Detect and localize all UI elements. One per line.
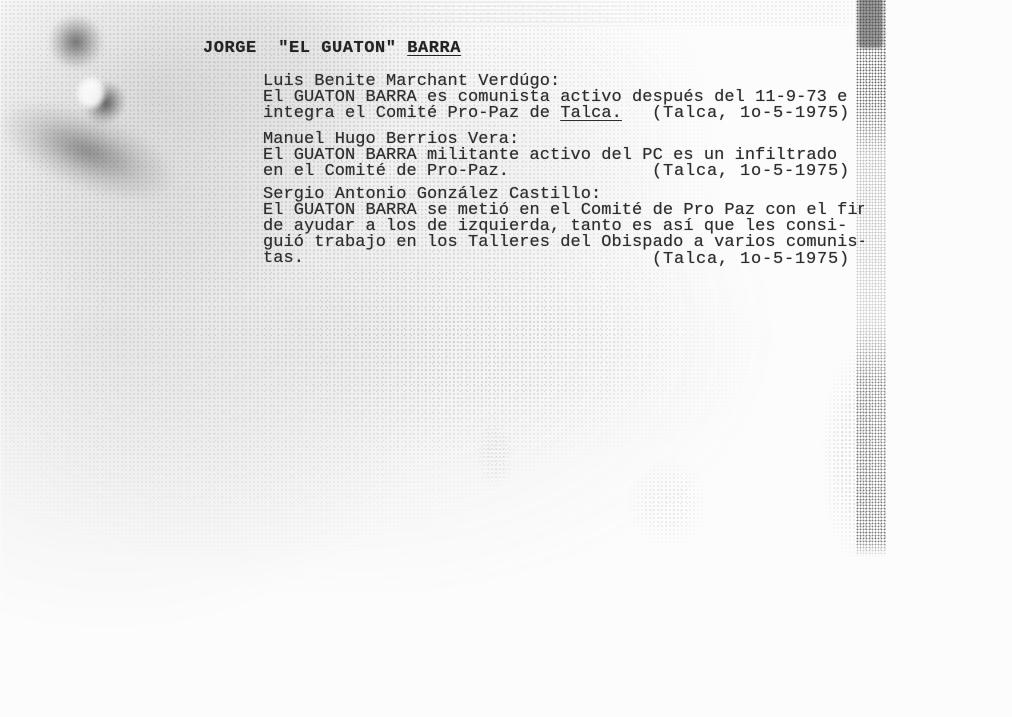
scanner-edge-band-dark-top bbox=[858, 0, 883, 48]
scanner-edge-band-lower bbox=[816, 350, 872, 558]
statement-line: en el Comité de Pro-Paz. bbox=[263, 163, 509, 180]
scanner-edge-band bbox=[856, 0, 886, 558]
ink-smudge-top bbox=[42, 8, 110, 76]
document-title: JORGE "EL GUATON" BARRA bbox=[203, 40, 461, 57]
scanned-document-page: JORGE "EL GUATON" BARRA Luis Benite Marc… bbox=[0, 0, 1012, 717]
citation: (Talca, 1o-5-1975) bbox=[652, 251, 850, 268]
title-underlined-surname: BARRA bbox=[407, 39, 461, 58]
scan-noise-lower-patch bbox=[612, 448, 722, 560]
citation: (Talca, 1o-5-1975) bbox=[652, 163, 850, 180]
ink-smudge-highlight bbox=[78, 78, 104, 108]
citation: (Talca, 1o-5-1975) bbox=[652, 105, 850, 122]
statement-underlined-text: Talca. bbox=[560, 104, 622, 123]
ink-smudge-arc bbox=[0, 81, 190, 222]
scan-noise-top-edge bbox=[230, 0, 870, 26]
scan-noise-finger bbox=[470, 415, 520, 500]
statement-line: tas. bbox=[263, 250, 304, 267]
statement-line: guió trabajo en los Talleres del Obispad… bbox=[263, 234, 864, 251]
witness-name: Sergio Antonio González Castillo: bbox=[263, 186, 601, 203]
statement-text: integra el Comité Pro-Paz de bbox=[263, 104, 560, 123]
statement-line: de ayudar a los de izquierda, tanto es a… bbox=[263, 218, 847, 235]
ink-smudge-crescent bbox=[75, 72, 135, 133]
statement-line: integra el Comité Pro-Paz de Talca. bbox=[263, 105, 622, 122]
title-text: JORGE "EL GUATON" bbox=[203, 39, 407, 58]
